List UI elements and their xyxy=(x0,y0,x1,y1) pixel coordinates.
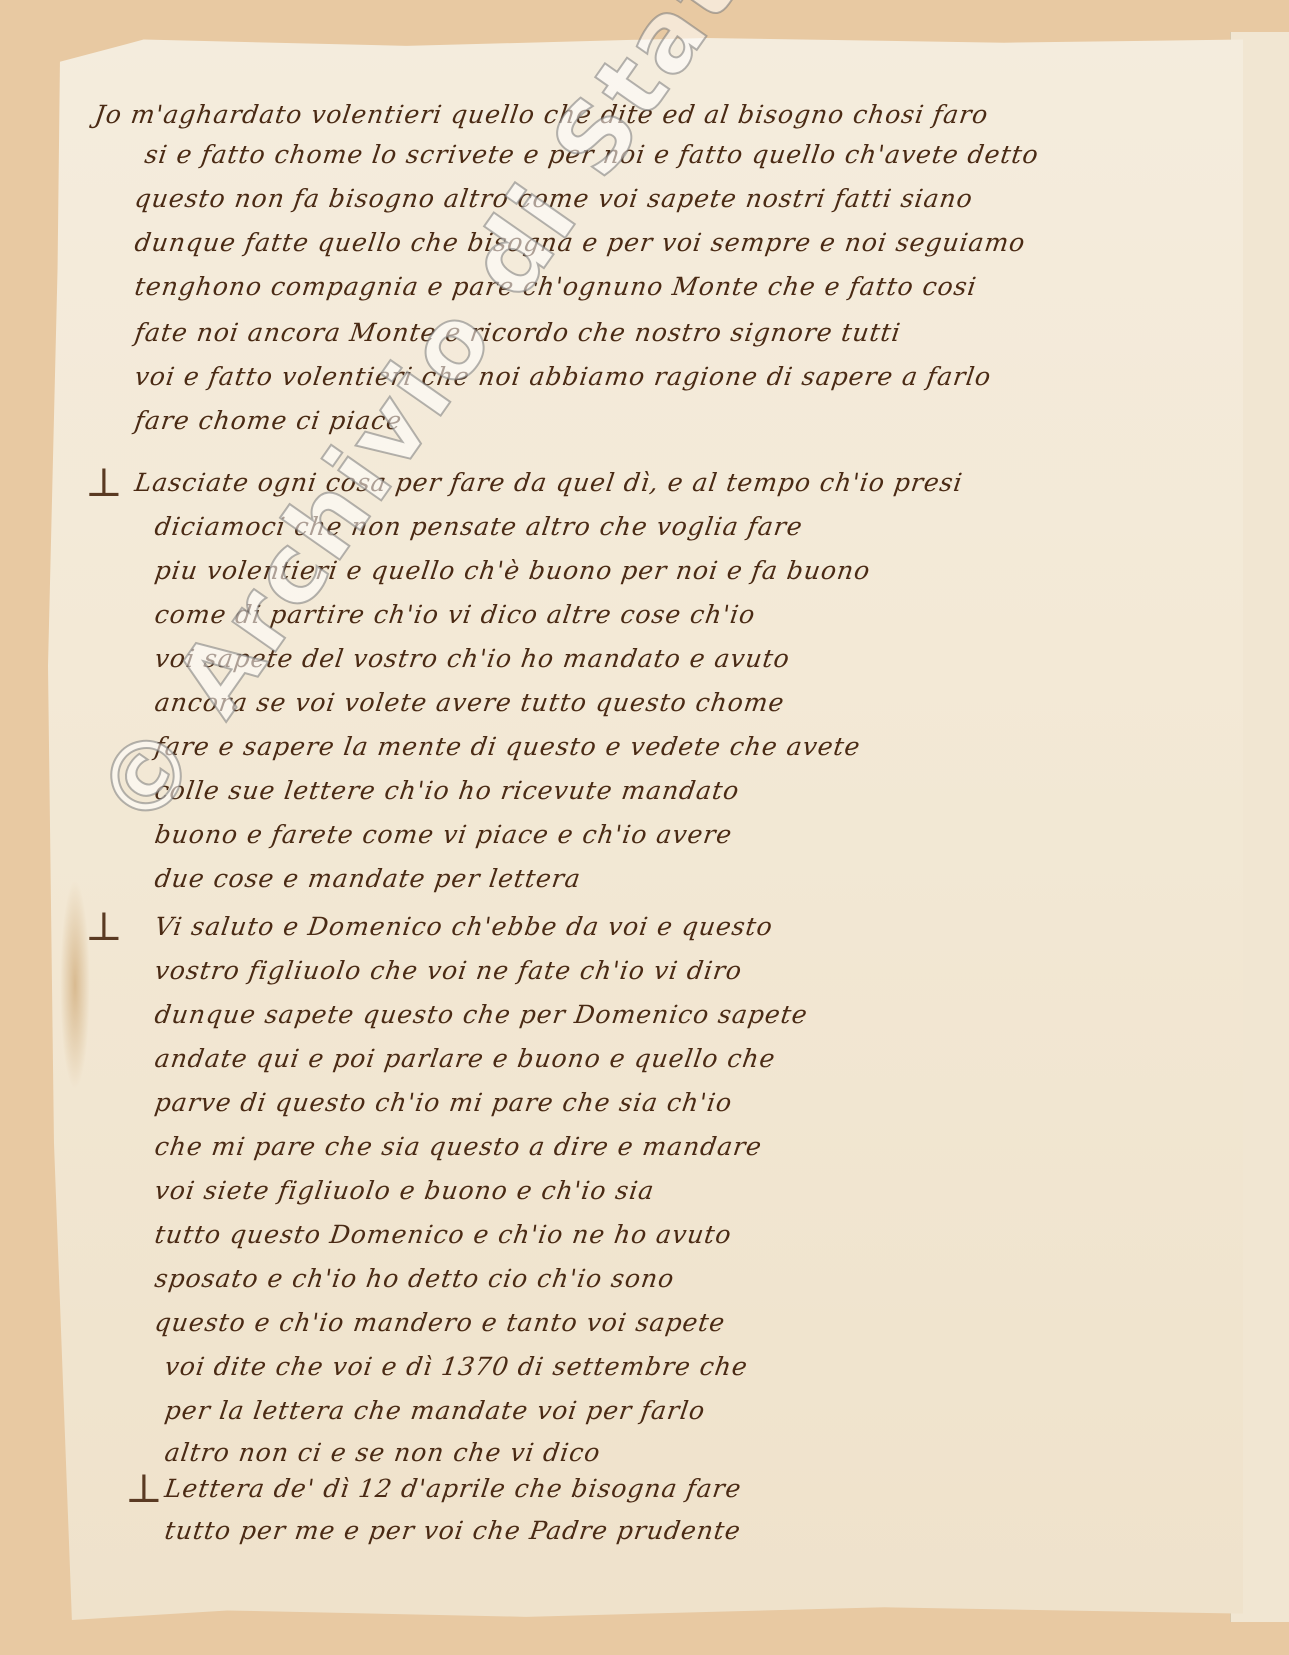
text-line: Lasciate ogni cosa per fare da quel dì, … xyxy=(133,468,965,497)
paragraph-marker: ⊥ xyxy=(85,460,123,506)
text-line: voi siete figliuolo e buono e ch'io sia xyxy=(153,1176,656,1205)
text-line: voi dite che voi e dì 1370 di settembre … xyxy=(163,1352,750,1381)
text-line: vostro figliuolo che voi ne fate ch'io v… xyxy=(153,956,744,985)
text-line: due cose e mandate per lettera xyxy=(153,864,583,893)
text-line: questo e ch'io mandero e tanto voi sapet… xyxy=(153,1308,727,1337)
text-line: che mi pare che sia questo a dire e mand… xyxy=(153,1132,764,1161)
text-line: altro non ci e se non che vi dico xyxy=(163,1438,603,1467)
text-line: tutto questo Domenico e ch'io ne ho avut… xyxy=(153,1220,734,1249)
text-line: andate qui e poi parlare e buono e quell… xyxy=(153,1044,778,1073)
text-line: parve di questo ch'io mi pare che sia ch… xyxy=(153,1088,734,1117)
text-line: fare e sapere la mente di questo e vedet… xyxy=(153,732,863,761)
paragraph-marker: ⊥ xyxy=(125,1466,163,1512)
text-line: Lettera de' dì 12 d'aprile che bisogna f… xyxy=(163,1474,744,1503)
text-line: dunque sapete questo che per Domenico sa… xyxy=(153,1000,810,1029)
text-line: colle sue lettere ch'io ho ricevute mand… xyxy=(153,776,741,805)
text-line: buono e farete come vi piace e ch'io ave… xyxy=(153,820,734,849)
text-line: Vi saluto e Domenico ch'ebbe da voi e qu… xyxy=(153,912,775,941)
text-line: sposato e ch'io ho detto cio ch'io sono xyxy=(153,1264,676,1293)
text-line: voi e fatto volentieri che noi abbiamo r… xyxy=(133,362,993,391)
text-line: tutto per me e per voi che Padre prudent… xyxy=(163,1516,743,1545)
paragraph-marker: ⊥ xyxy=(85,904,123,950)
text-line: per la lettera che mandate voi per farlo xyxy=(163,1396,707,1425)
